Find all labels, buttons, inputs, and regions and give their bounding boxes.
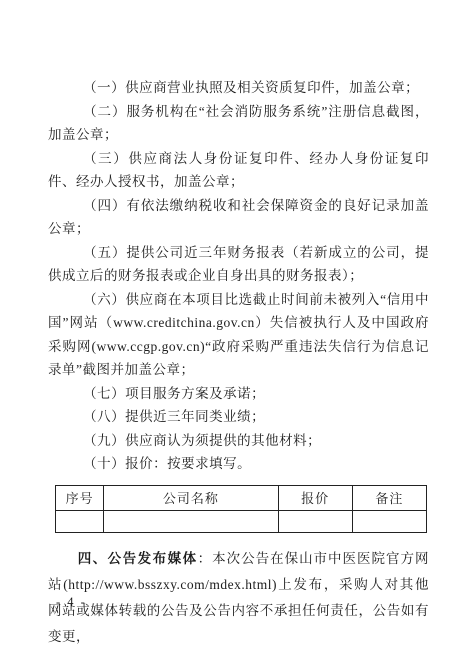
document-content: （一）供应商营业执照及相关资质复印件，加盖公章； （二）服务机构在“社会消防服务… bbox=[48, 76, 429, 650]
col-header-serial: 序号 bbox=[56, 485, 104, 510]
list-item-6: （六）供应商在本项目比选截止时间前未被列入“信用中国”网站（www.credit… bbox=[48, 288, 429, 382]
list-item-10: （十）报价：按要求填写。 bbox=[48, 452, 429, 476]
list-item-7: （七）项目服务方案及承诺； bbox=[48, 382, 429, 406]
section4-heading: 四、公告发布媒体 bbox=[78, 551, 198, 566]
quote-table: 序号 公司名称 报价 备注 bbox=[55, 485, 427, 533]
list-item-2: （二）服务机构在“社会消防服务系统”注册信息截图，加盖公章； bbox=[48, 100, 429, 147]
list-item-8: （八）提供近三年同类业绩； bbox=[48, 405, 429, 429]
list-item-9: （九）供应商认为须提供的其他材料； bbox=[48, 429, 429, 453]
list-item-4: （四）有依法缴纳税收和社会保障资金的良好记录加盖公章； bbox=[48, 194, 429, 241]
col-header-price: 报价 bbox=[278, 485, 352, 510]
cell-remark bbox=[352, 510, 426, 532]
col-header-company-name: 公司名称 bbox=[104, 485, 278, 510]
quote-table-header-row: 序号 公司名称 报价 备注 bbox=[56, 485, 427, 510]
cell-serial bbox=[56, 510, 104, 532]
list-item-3: （三）供应商法人身份证复印件、经办人身份证复印件、经办人授权书，加盖公章； bbox=[48, 147, 429, 194]
cell-price bbox=[278, 510, 352, 532]
document-page: （一）供应商营业执照及相关资质复印件，加盖公章； （二）服务机构在“社会消防服务… bbox=[0, 0, 469, 661]
col-header-remark: 备注 bbox=[352, 485, 426, 510]
list-item-1: （一）供应商营业执照及相关资质复印件，加盖公章； bbox=[48, 76, 429, 100]
quote-table-empty-row bbox=[56, 510, 427, 532]
list-item-5: （五）提供公司近三年财务报表（若新成立的公司，提供成立后的财务报表或企业自身出具… bbox=[48, 241, 429, 288]
section4-paragraph: 四、公告发布媒体：本次公告在保山市中医医院官方网站(http://www.bss… bbox=[48, 546, 429, 650]
cell-company-name bbox=[104, 510, 278, 532]
page-number: - 4 - bbox=[56, 595, 87, 610]
